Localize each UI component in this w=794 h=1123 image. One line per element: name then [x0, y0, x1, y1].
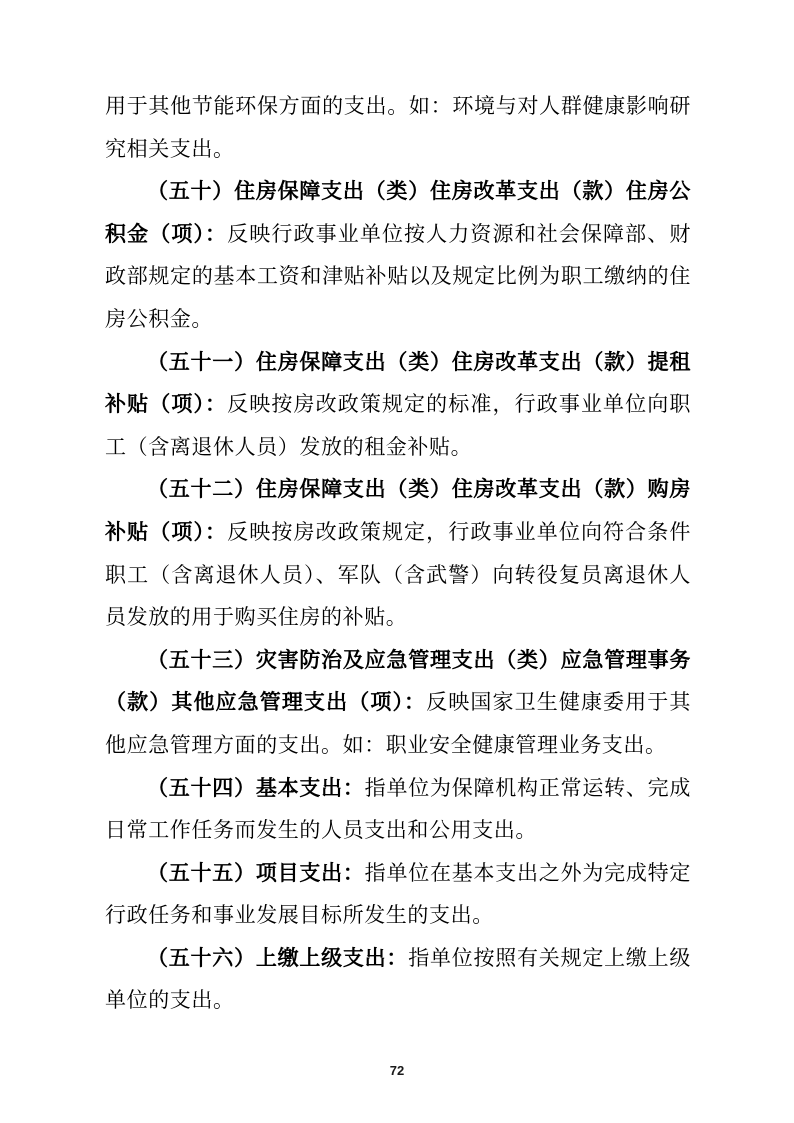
text-content: 用于其他节能环保方面的支出。如：环境与对人群健康影响研究相关支出。 （五十）住房…	[105, 85, 691, 1022]
paragraph-heading: （五十六）上缴上级支出：	[147, 946, 408, 970]
paragraph-item-54: （五十四）基本支出：指单位为保障机构正常运转、完成日常工作任务而发生的人员支出和…	[105, 767, 691, 852]
paragraph-item-50: （五十）住房保障支出（类）住房改革支出（款）住房公积金（项）：反映行政事业单位按…	[105, 170, 691, 340]
paragraph-item-51: （五十一）住房保障支出（类）住房改革支出（款）提租补贴（项）：反映按房改政策规定…	[105, 341, 691, 469]
paragraph-heading: （五十五）项目支出：	[147, 861, 365, 885]
paragraph-text: 用于其他节能环保方面的支出。如：环境与对人群健康影响研究相关支出。	[105, 94, 691, 161]
paragraph-heading: （五十四）基本支出：	[147, 776, 365, 800]
document-page: 用于其他节能环保方面的支出。如：环境与对人群健康影响研究相关支出。 （五十）住房…	[0, 0, 794, 1123]
paragraph-item-56: （五十六）上缴上级支出：指单位按照有关规定上缴上级单位的支出。	[105, 937, 691, 1022]
paragraph-item-53: （五十三）灾害防治及应急管理支出（类）应急管理事务（款）其他应急管理支出（项）：…	[105, 639, 691, 767]
page-number: 72	[0, 1063, 794, 1078]
paragraph-continuation: 用于其他节能环保方面的支出。如：环境与对人群健康影响研究相关支出。	[105, 85, 691, 170]
paragraph-item-55: （五十五）项目支出：指单位在基本支出之外为完成特定行政任务和事业发展目标所发生的…	[105, 852, 691, 937]
paragraph-item-52: （五十二）住房保障支出（类）住房改革支出（款）购房补贴（项）：反映按房改政策规定…	[105, 468, 691, 638]
